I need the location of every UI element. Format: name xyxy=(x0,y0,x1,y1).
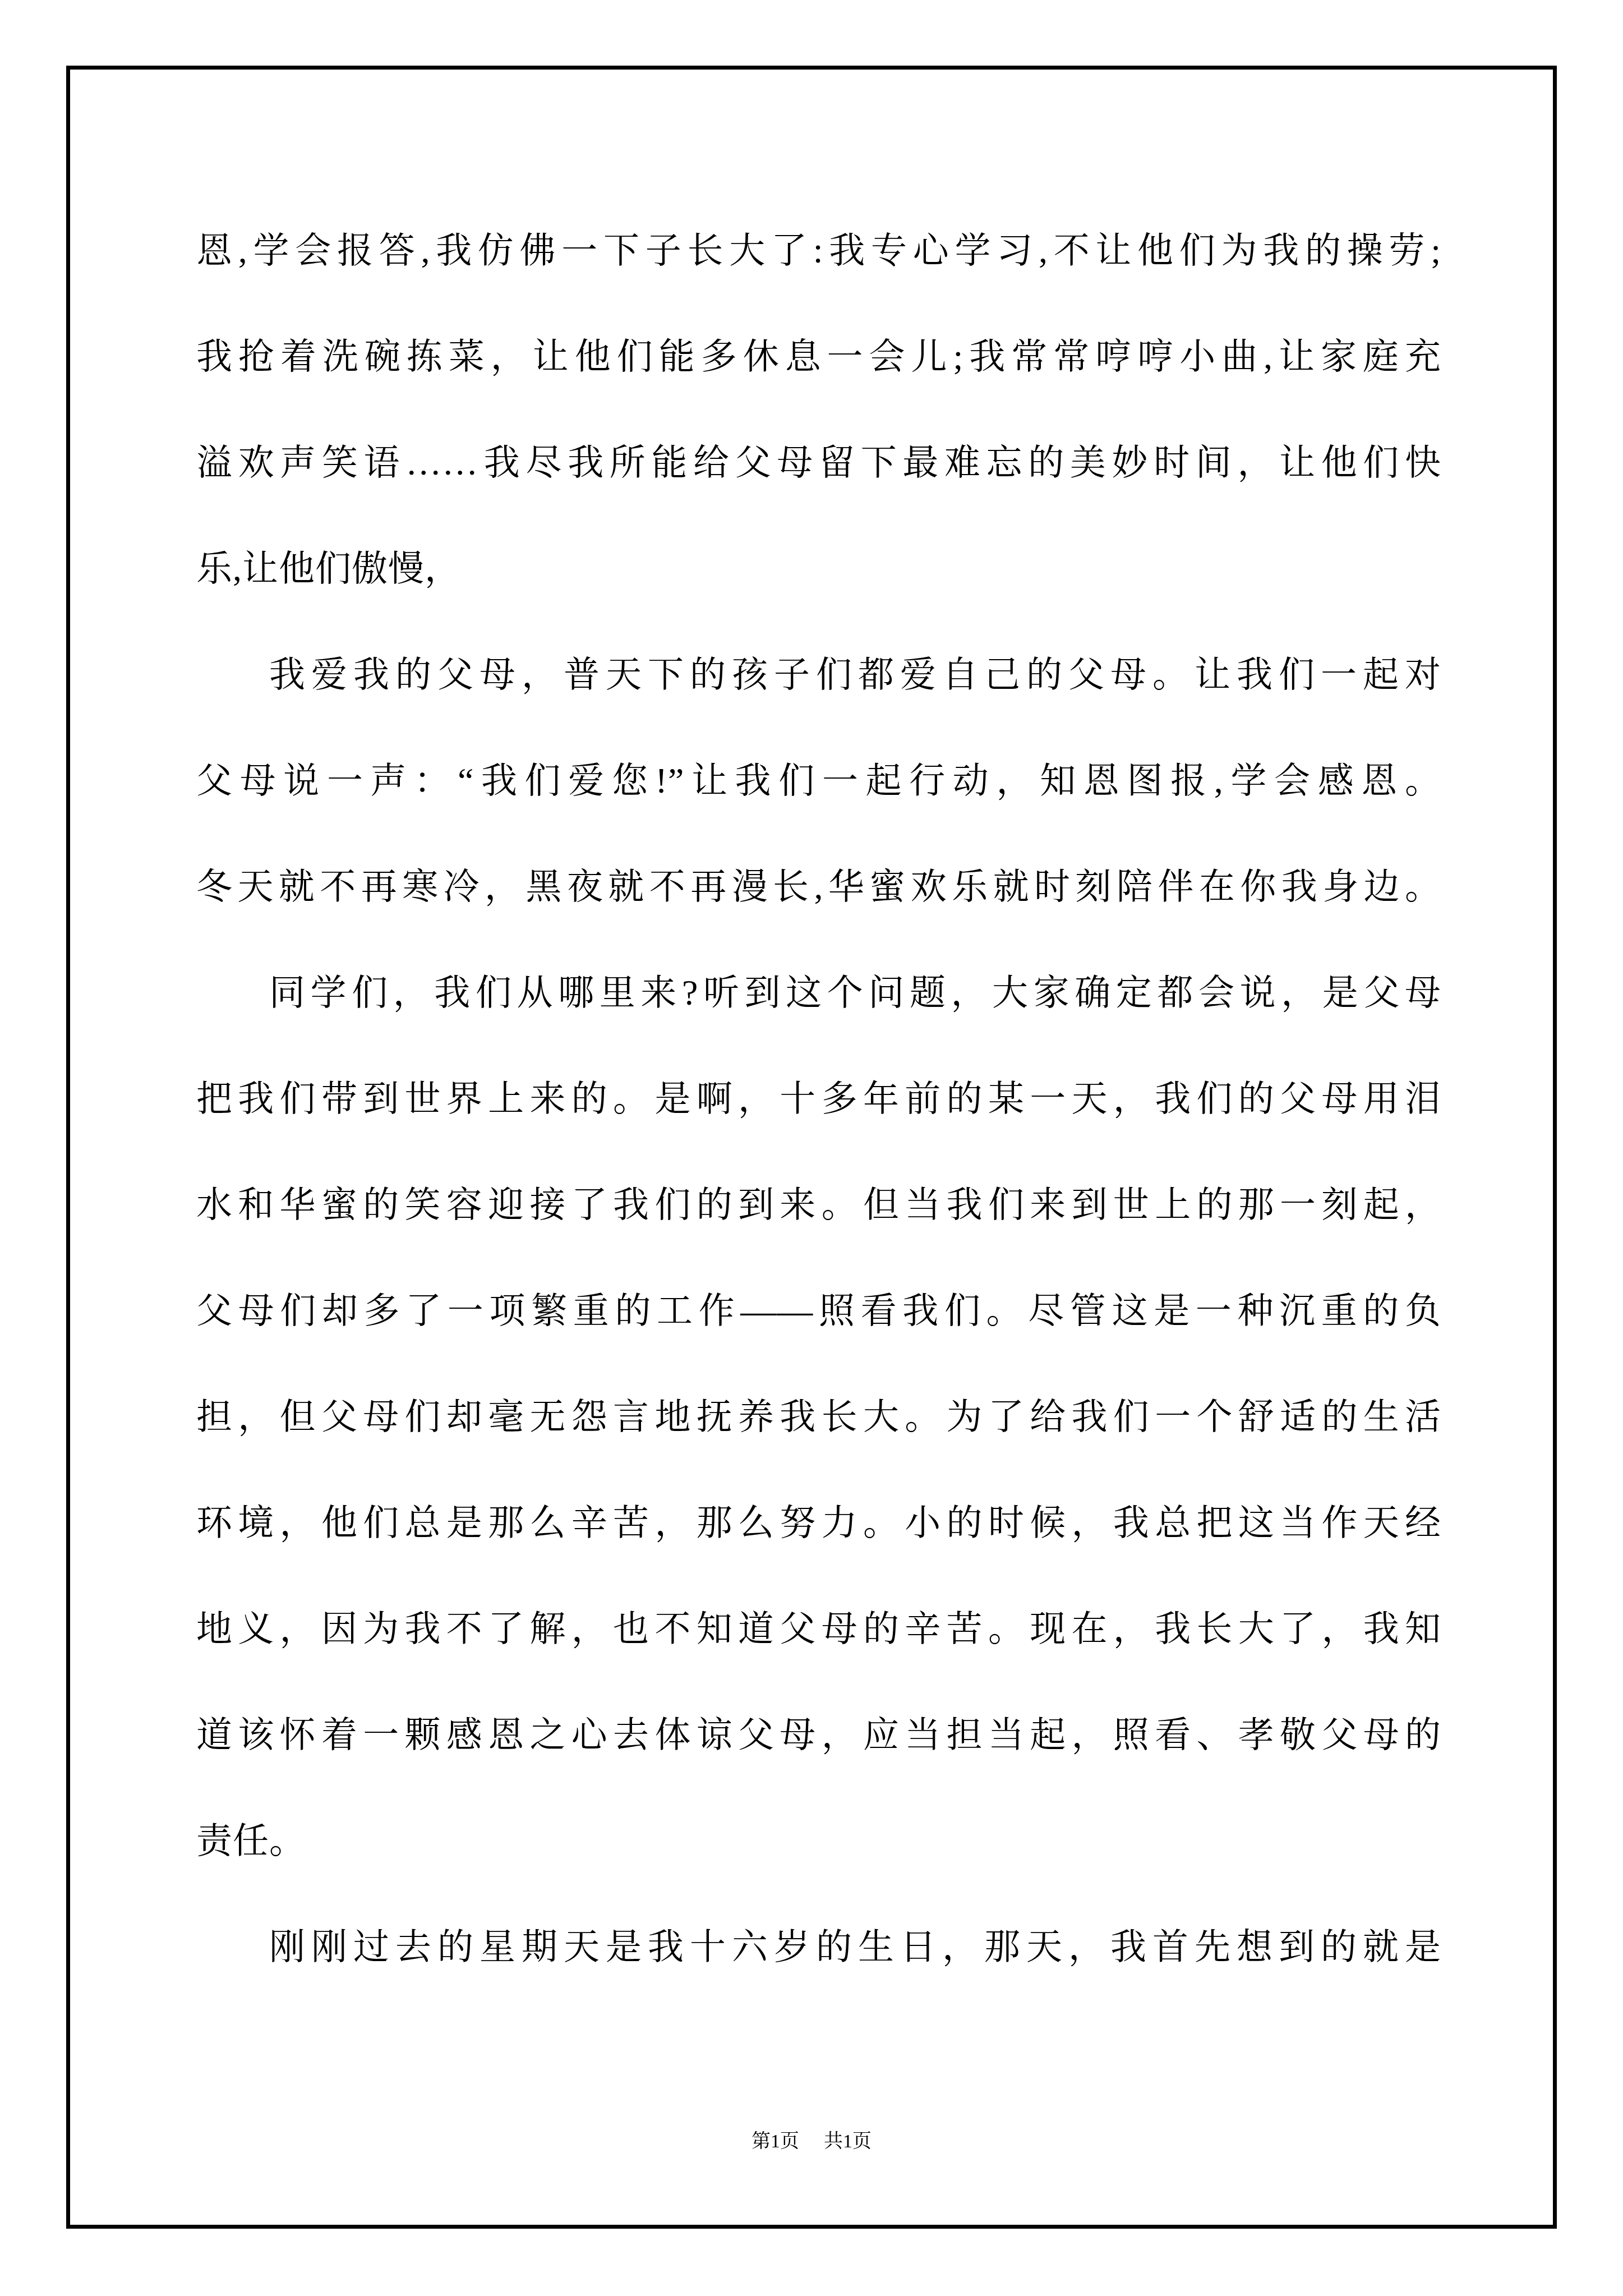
footer-page-number: 第1页 xyxy=(751,2131,799,2152)
text-line: 乐,让他们傲慢， xyxy=(196,516,1441,622)
text-line: 父母说一声：“我们爱您!”让我们一起行动，知恩图报,学会感恩。 xyxy=(196,728,1441,834)
text-line: 担，但父母们却毫无怨言地抚养我长大。为了给我们一个舒适的生活 xyxy=(196,1364,1441,1470)
text-block: 恩,学会报答,我仿佛一下子长大了:我专心学习,不让他们为我的操劳;我抢着洗碗拣菜… xyxy=(196,197,1441,2000)
footer-total-pages: 共1页 xyxy=(824,2131,872,2152)
text-line: 恩,学会报答,我仿佛一下子长大了:我专心学习,不让他们为我的操劳; xyxy=(196,197,1441,303)
text-line: 我爱我的父母，普天下的孩子们都爱自己的父母。让我们一起对 xyxy=(196,622,1441,728)
page-footer: 第1页共1页 xyxy=(70,2127,1553,2156)
text-line: 水和华蜜的笑容迎接了我们的到来。但当我们来到世上的那一刻起， xyxy=(196,1152,1441,1258)
text-line: 环境，他们总是那么辛苦，那么努力。小的时候，我总把这当作天经 xyxy=(196,1470,1441,1576)
text-line: 刚刚过去的星期天是我十六岁的生日，那天，我首先想到的就是 xyxy=(196,1894,1441,2000)
document-page: 恩,学会报答,我仿佛一下子长大了:我专心学习,不让他们为我的操劳;我抢着洗碗拣菜… xyxy=(0,0,1623,2296)
text-line: 责任。 xyxy=(196,1788,1441,1894)
text-line: 同学们，我们从哪里来?听到这个问题，大家确定都会说，是父母 xyxy=(196,940,1441,1046)
text-line: 地义，因为我不了解，也不知道父母的辛苦。现在，我长大了，我知 xyxy=(196,1576,1441,1682)
text-line: 我抢着洗碗拣菜，让他们能多休息一会儿;我常常哼哼小曲,让家庭充 xyxy=(196,303,1441,409)
text-line: 道该怀着一颗感恩之心去体谅父母，应当担当起，照看、孝敬父母的 xyxy=(196,1682,1441,1788)
text-line: 冬天就不再寒冷，黑夜就不再漫长,华蜜欢乐就时刻陪伴在你我身边。 xyxy=(196,834,1441,940)
text-line: 溢欢声笑语……我尽我所能给父母留下最难忘的美妙时间，让他们快 xyxy=(196,409,1441,516)
page-border-frame: 恩,学会报答,我仿佛一下子长大了:我专心学习,不让他们为我的操劳;我抢着洗碗拣菜… xyxy=(66,66,1557,2229)
text-line: 把我们带到世界上来的。是啊，十多年前的某一天，我们的父母用泪 xyxy=(196,1046,1441,1152)
text-line: 父母们却多了一项繁重的工作——照看我们。尽管这是一种沉重的负 xyxy=(196,1258,1441,1364)
